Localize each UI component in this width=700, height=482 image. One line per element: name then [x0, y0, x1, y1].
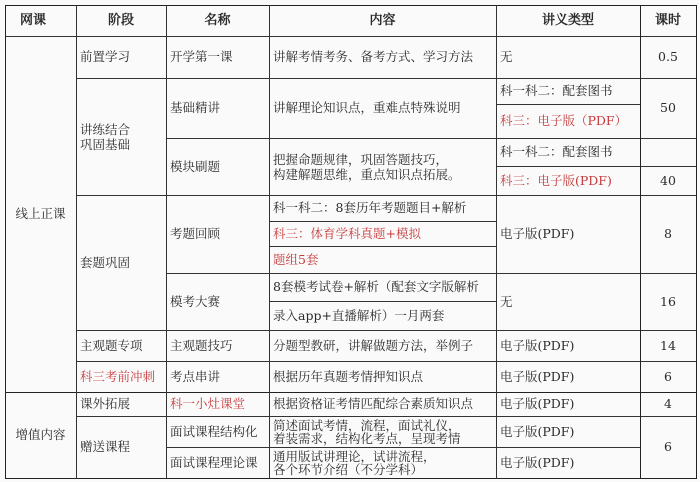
group-value-added: 增值内容	[5, 392, 76, 478]
course-name: 面试课程结构化	[166, 416, 269, 447]
course-name: 考题回顾	[166, 195, 269, 273]
material-type: 电子版(PDF)	[496, 416, 640, 447]
course-content: 科一科二：8套历年考题题目+解析	[269, 195, 496, 221]
content-line: 着装需求，结构化考点，呈现考情	[273, 432, 461, 445]
content-line: 简述面试考情，流程，面试礼仪，	[273, 419, 461, 432]
course-hours: 8	[640, 195, 696, 273]
course-content: 科三：体育学科真题+模拟	[269, 221, 496, 246]
header-material-type: 讲义类型	[496, 5, 640, 36]
stage-extension: 课外拓展	[76, 392, 166, 416]
course-name: 开学第一课	[166, 36, 269, 78]
course-content: 录入app+直播解析）一月两套	[269, 301, 496, 330]
course-content: 通用版试讲理论，试讲流程， 各个环节介绍（不分学科）	[269, 447, 496, 478]
course-hours: 40	[640, 166, 696, 195]
stage-practice-line1: 讲练结合	[80, 122, 130, 137]
border-bottom	[5, 478, 696, 479]
material-type: 科三：电子版（PDF）	[496, 104, 640, 138]
material-type: 科一科二：配套图书	[496, 138, 640, 166]
course-name: 主观题技巧	[166, 330, 269, 361]
course-content: 根据资格证考情匹配综合素质知识点	[269, 392, 496, 416]
course-name: 考点串讲	[166, 361, 269, 392]
material-type: 科三：电子版(PDF)	[496, 166, 640, 195]
group-online: 线上正课	[5, 36, 76, 392]
course-content: 把握命题规律，巩固答题技巧， 构建解题思维，重点知识点拓展。	[269, 138, 496, 195]
course-name: 模块刷题	[166, 138, 269, 195]
content-line: 把握命题规律，巩固答题技巧，	[273, 152, 448, 167]
material-type: 电子版(PDF)	[496, 330, 640, 361]
course-hours: 16	[640, 273, 696, 330]
course-hours: 6	[640, 416, 696, 478]
course-content: 题组5套	[269, 246, 496, 273]
course-name: 科一小灶课堂	[166, 392, 269, 416]
content-line: 构建解题思维，重点知识点拓展。	[273, 167, 461, 182]
header-stage: 阶段	[76, 5, 166, 36]
stage-sets: 套题巩固	[76, 195, 166, 330]
course-name: 基础精讲	[166, 78, 269, 138]
course-content: 8套模考试卷+解析（配套文字版解析	[269, 273, 496, 301]
header-hours: 课时	[640, 5, 696, 36]
content-line: 各个环节介绍（不分学科）	[273, 463, 423, 476]
content-line: 通用版试讲理论，试讲流程，	[273, 450, 436, 463]
material-type: 电子版(PDF)	[496, 447, 640, 478]
course-hours: 50	[640, 78, 696, 138]
material-type: 科一科二：配套图书	[496, 78, 640, 104]
course-content: 分题型教研，讲解做题方法，举例子	[269, 330, 496, 361]
material-type: 电子版(PDF)	[496, 361, 640, 392]
header-content: 内容	[269, 5, 496, 36]
stage-gift: 赠送课程	[76, 416, 166, 478]
material-type: 电子版(PDF)	[496, 195, 640, 273]
material-type: 电子版(PDF)	[496, 392, 640, 416]
course-hours: 4	[640, 392, 696, 416]
stage-pre: 前置学习	[76, 36, 166, 78]
course-content: 简述面试考情，流程，面试礼仪， 着装需求，结构化考点，呈现考情	[269, 416, 496, 447]
material-type: 无	[496, 273, 640, 330]
stage-subjective: 主观题专项	[76, 330, 166, 361]
course-name: 模考大赛	[166, 273, 269, 330]
course-content: 讲解理论知识点，重难点特殊说明	[269, 78, 496, 138]
stage-practice-line2: 巩固基础	[80, 137, 130, 152]
course-hours: 0.5	[640, 36, 696, 78]
material-type: 无	[496, 36, 640, 78]
stage-sprint: 科三考前冲刺	[76, 361, 166, 392]
header-name: 名称	[166, 5, 269, 36]
course-hours: 14	[640, 330, 696, 361]
border-right	[696, 5, 697, 479]
course-name: 面试课程理论课	[166, 447, 269, 478]
header-online-course: 网课	[10, 5, 76, 36]
stage-practice: 讲练结合 巩固基础	[76, 78, 166, 195]
course-hours: 6	[640, 361, 696, 392]
course-content: 讲解考情考务、备考方式、学习方法	[269, 36, 496, 78]
course-content: 根据历年真题考情押知识点	[269, 361, 496, 392]
